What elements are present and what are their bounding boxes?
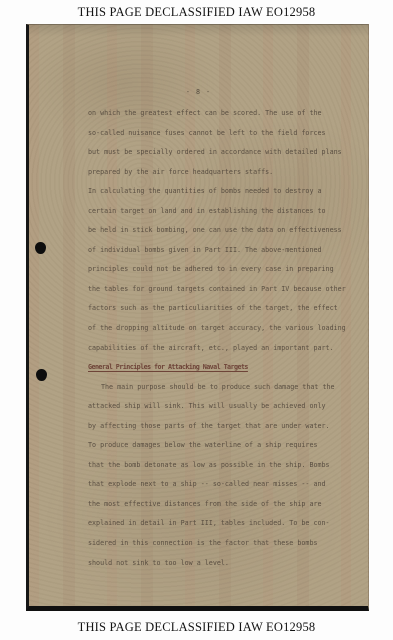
section-heading: General Principles for Attacking Naval T… <box>88 358 354 378</box>
typed-line: the most effective distances from the si… <box>88 495 354 515</box>
typed-line: that the bomb detonate as low as possibl… <box>88 456 354 476</box>
typed-line: sidered in this connection is the factor… <box>88 534 354 554</box>
typed-line: attacked ship will sink. This will usual… <box>88 397 354 417</box>
typed-line: on which the greatest effect can be scor… <box>88 104 354 124</box>
typed-line: should not sink to too low a level. <box>88 554 354 574</box>
typed-line: the tables for ground targets contained … <box>88 280 354 300</box>
typed-line: be held in stick bombing, one can use th… <box>88 221 354 241</box>
typed-line: so-called nuisance fuses cannot be left … <box>88 124 354 144</box>
typed-line: certain target on land and in establishi… <box>88 202 354 222</box>
typed-line: The main purpose should be to produce su… <box>88 378 354 398</box>
typed-line: explained in detail in Part III, tables … <box>88 514 354 534</box>
hole-punch-mark-top <box>35 242 46 254</box>
typed-line: but must be specially ordered in accorda… <box>88 143 354 163</box>
declassification-banner-top: THIS PAGE DECLASSIFIED IAW EO12958 <box>0 5 393 20</box>
typed-line: capabilities of the aircraft, etc., play… <box>88 339 354 359</box>
typed-line: by affecting those parts of the target t… <box>88 417 354 437</box>
scanned-document-view: THIS PAGE DECLASSIFIED IAW EO12958 - 8 -… <box>0 0 393 640</box>
typed-line: In calculating the quantities of bombs n… <box>88 182 354 202</box>
typed-line: of the dropping altitude on target accur… <box>88 319 354 339</box>
typed-line: To produce damages below the waterline o… <box>88 436 354 456</box>
declassification-banner-bottom: THIS PAGE DECLASSIFIED IAW EO12958 <box>0 620 393 635</box>
typed-line: factors such as the particuliarities of … <box>88 299 354 319</box>
page-number: - 8 - <box>29 88 368 96</box>
document-page: - 8 - on which the greatest effect can b… <box>26 24 369 611</box>
typed-line: prepared by the air force headquarters s… <box>88 163 354 183</box>
typed-line: principles could not be adhered to in ev… <box>88 260 354 280</box>
typed-line: of individual bombs given in Part III. T… <box>88 241 354 261</box>
typed-text-block: on which the greatest effect can be scor… <box>88 104 354 573</box>
typed-line: that explode next to a ship -- so-called… <box>88 475 354 495</box>
hole-punch-mark-bottom <box>36 369 47 381</box>
